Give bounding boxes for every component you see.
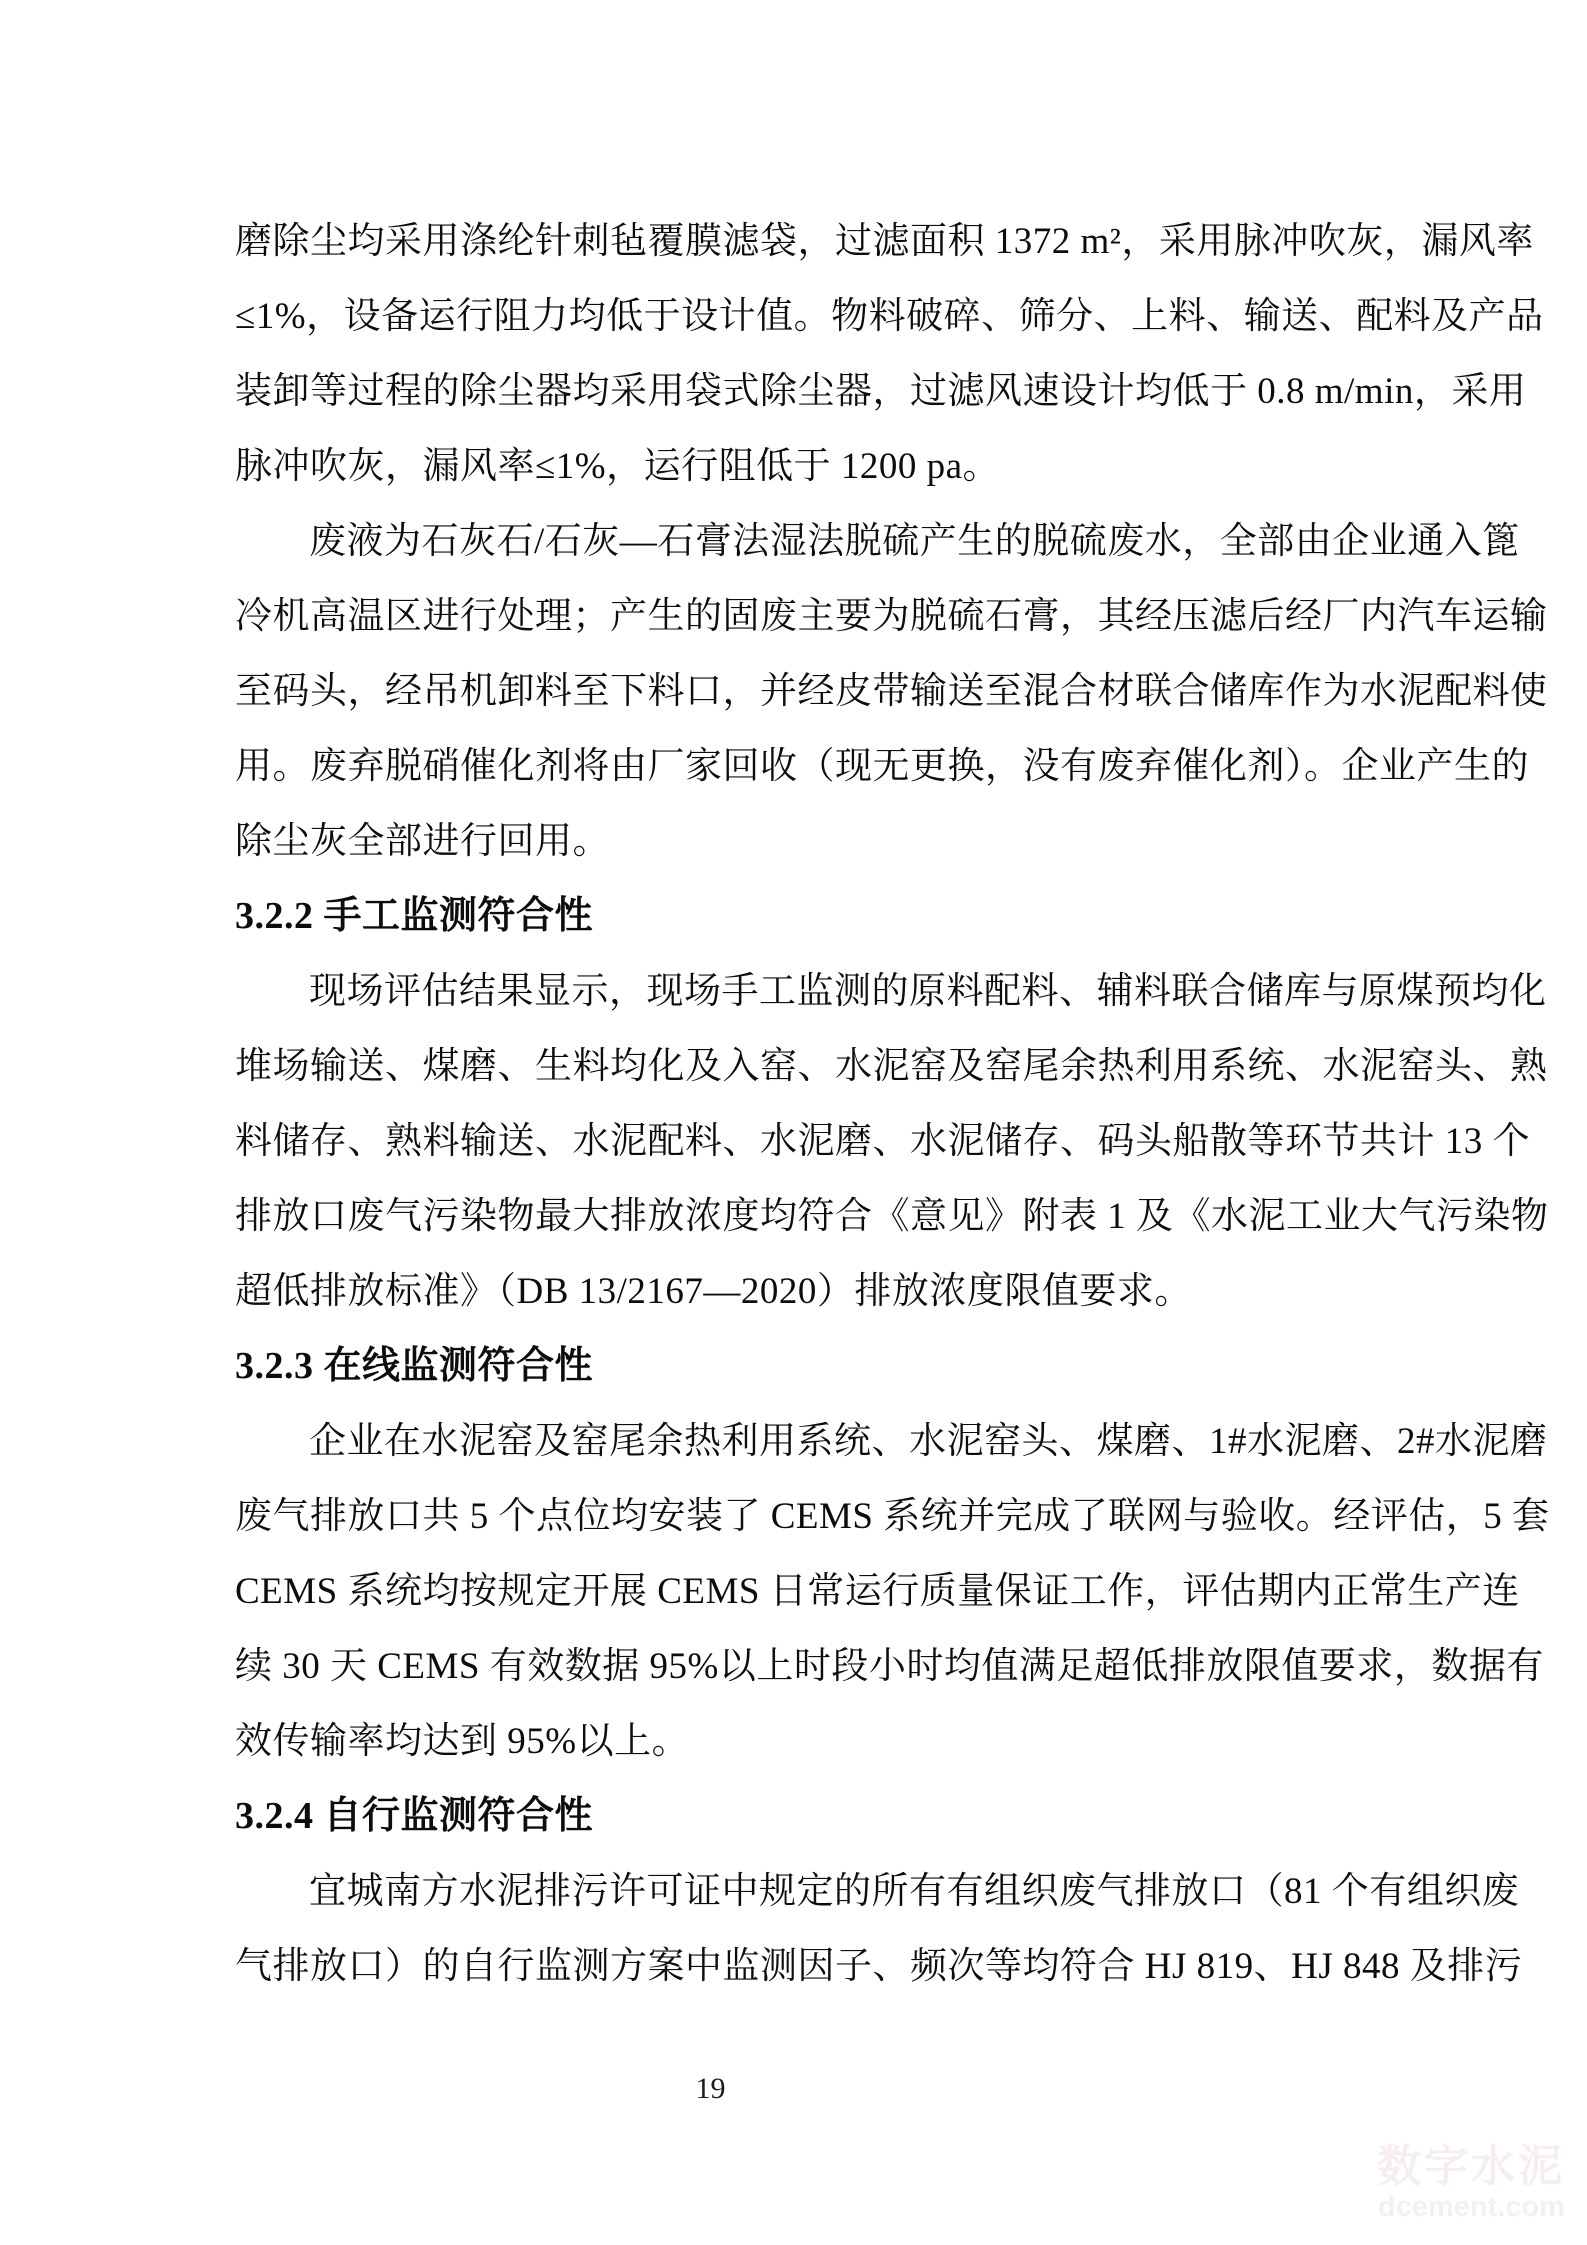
body-text-line: 效传输率均达到 95%以上。 — [235, 1704, 1350, 1779]
body-text-line: 堆场输送、煤磨、生料均化及入窑、水泥窑及窑尾余热利用系统、水泥窑头、熟 — [235, 1029, 1350, 1104]
body-text-line: 除尘灰全部进行回用。 — [235, 804, 1350, 879]
body-text-line: 气排放口）的自行监测方案中监测因子、频次等均符合 HJ 819、HJ 848 及… — [235, 1929, 1350, 2004]
watermark-title: 数字水泥 — [1377, 2143, 1565, 2191]
body-text-line: 超低排放标准》（DB 13/2167—2020）排放浓度限值要求。 — [235, 1254, 1350, 1329]
body-text-line: 冷机高温区进行处理；产生的固废主要为脱硫石膏，其经压滤后经厂内汽车运输 — [235, 579, 1350, 654]
watermark-domain: dcement.com — [1377, 2191, 1565, 2223]
body-text-line: 料储存、熟料输送、水泥配料、水泥磨、水泥储存、码头船散等环节共计 13 个 — [235, 1104, 1350, 1179]
section-heading-3-2-3: 3.2.3 在线监测符合性 — [235, 1329, 1350, 1404]
body-text-line: 脉冲吹灰，漏风率≤1%，运行阻低于 1200 pa。 — [235, 429, 1350, 504]
body-text-line: ≤1%，设备运行阻力均低于设计值。物料破碎、筛分、上料、输送、配料及产品 — [235, 279, 1350, 354]
body-text-line: 现场评估结果显示，现场手工监测的原料配料、辅料联合储库与原煤预均化 — [235, 954, 1350, 1029]
page-number: 19 — [0, 2072, 1421, 2106]
body-text-line: 用。废弃脱硝催化剂将由厂家回收（现无更换，没有废弃催化剂）。企业产生的 — [235, 729, 1350, 804]
watermark: 数字水泥 dcement.com — [1377, 2143, 1565, 2223]
body-text-line: 废液为石灰石/石灰—石膏法湿法脱硫产生的脱硫废水，全部由企业通入篦 — [235, 504, 1350, 579]
body-text-line: 至码头，经吊机卸料至下料口，并经皮带输送至混合材联合储库作为水泥配料使 — [235, 654, 1350, 729]
body-text-line: 废气排放口共 5 个点位均安装了 CEMS 系统并完成了联网与验收。经评估，5 … — [235, 1479, 1350, 1554]
body-text-line: 宜城南方水泥排污许可证中规定的所有有组织废气排放口（81 个有组织废 — [235, 1854, 1350, 1929]
body-text-line: 排放口废气污染物最大排放浓度均符合《意见》附表 1 及《水泥工业大气污染物 — [235, 1179, 1350, 1254]
body-text-line: 企业在水泥窑及窑尾余热利用系统、水泥窑头、煤磨、1#水泥磨、2#水泥磨 — [235, 1404, 1350, 1479]
body-text-line: CEMS 系统均按规定开展 CEMS 日常运行质量保证工作，评估期内正常生产连 — [235, 1554, 1350, 1629]
document-page: 磨除尘均采用涤纶针刺毡覆膜滤袋，过滤面积 1372 m²，采用脉冲吹灰，漏风率 … — [0, 0, 1587, 2245]
body-text-line: 磨除尘均采用涤纶针刺毡覆膜滤袋，过滤面积 1372 m²，采用脉冲吹灰，漏风率 — [235, 204, 1350, 279]
document-body: 磨除尘均采用涤纶针刺毡覆膜滤袋，过滤面积 1372 m²，采用脉冲吹灰，漏风率 … — [235, 204, 1350, 2004]
body-text-line: 续 30 天 CEMS 有效数据 95%以上时段小时均值满足超低排放限值要求，数… — [235, 1629, 1350, 1704]
body-text-line: 装卸等过程的除尘器均采用袋式除尘器，过滤风速设计均低于 0.8 m/min，采用 — [235, 354, 1350, 429]
section-heading-3-2-4: 3.2.4 自行监测符合性 — [235, 1779, 1350, 1854]
section-heading-3-2-2: 3.2.2 手工监测符合性 — [235, 879, 1350, 954]
